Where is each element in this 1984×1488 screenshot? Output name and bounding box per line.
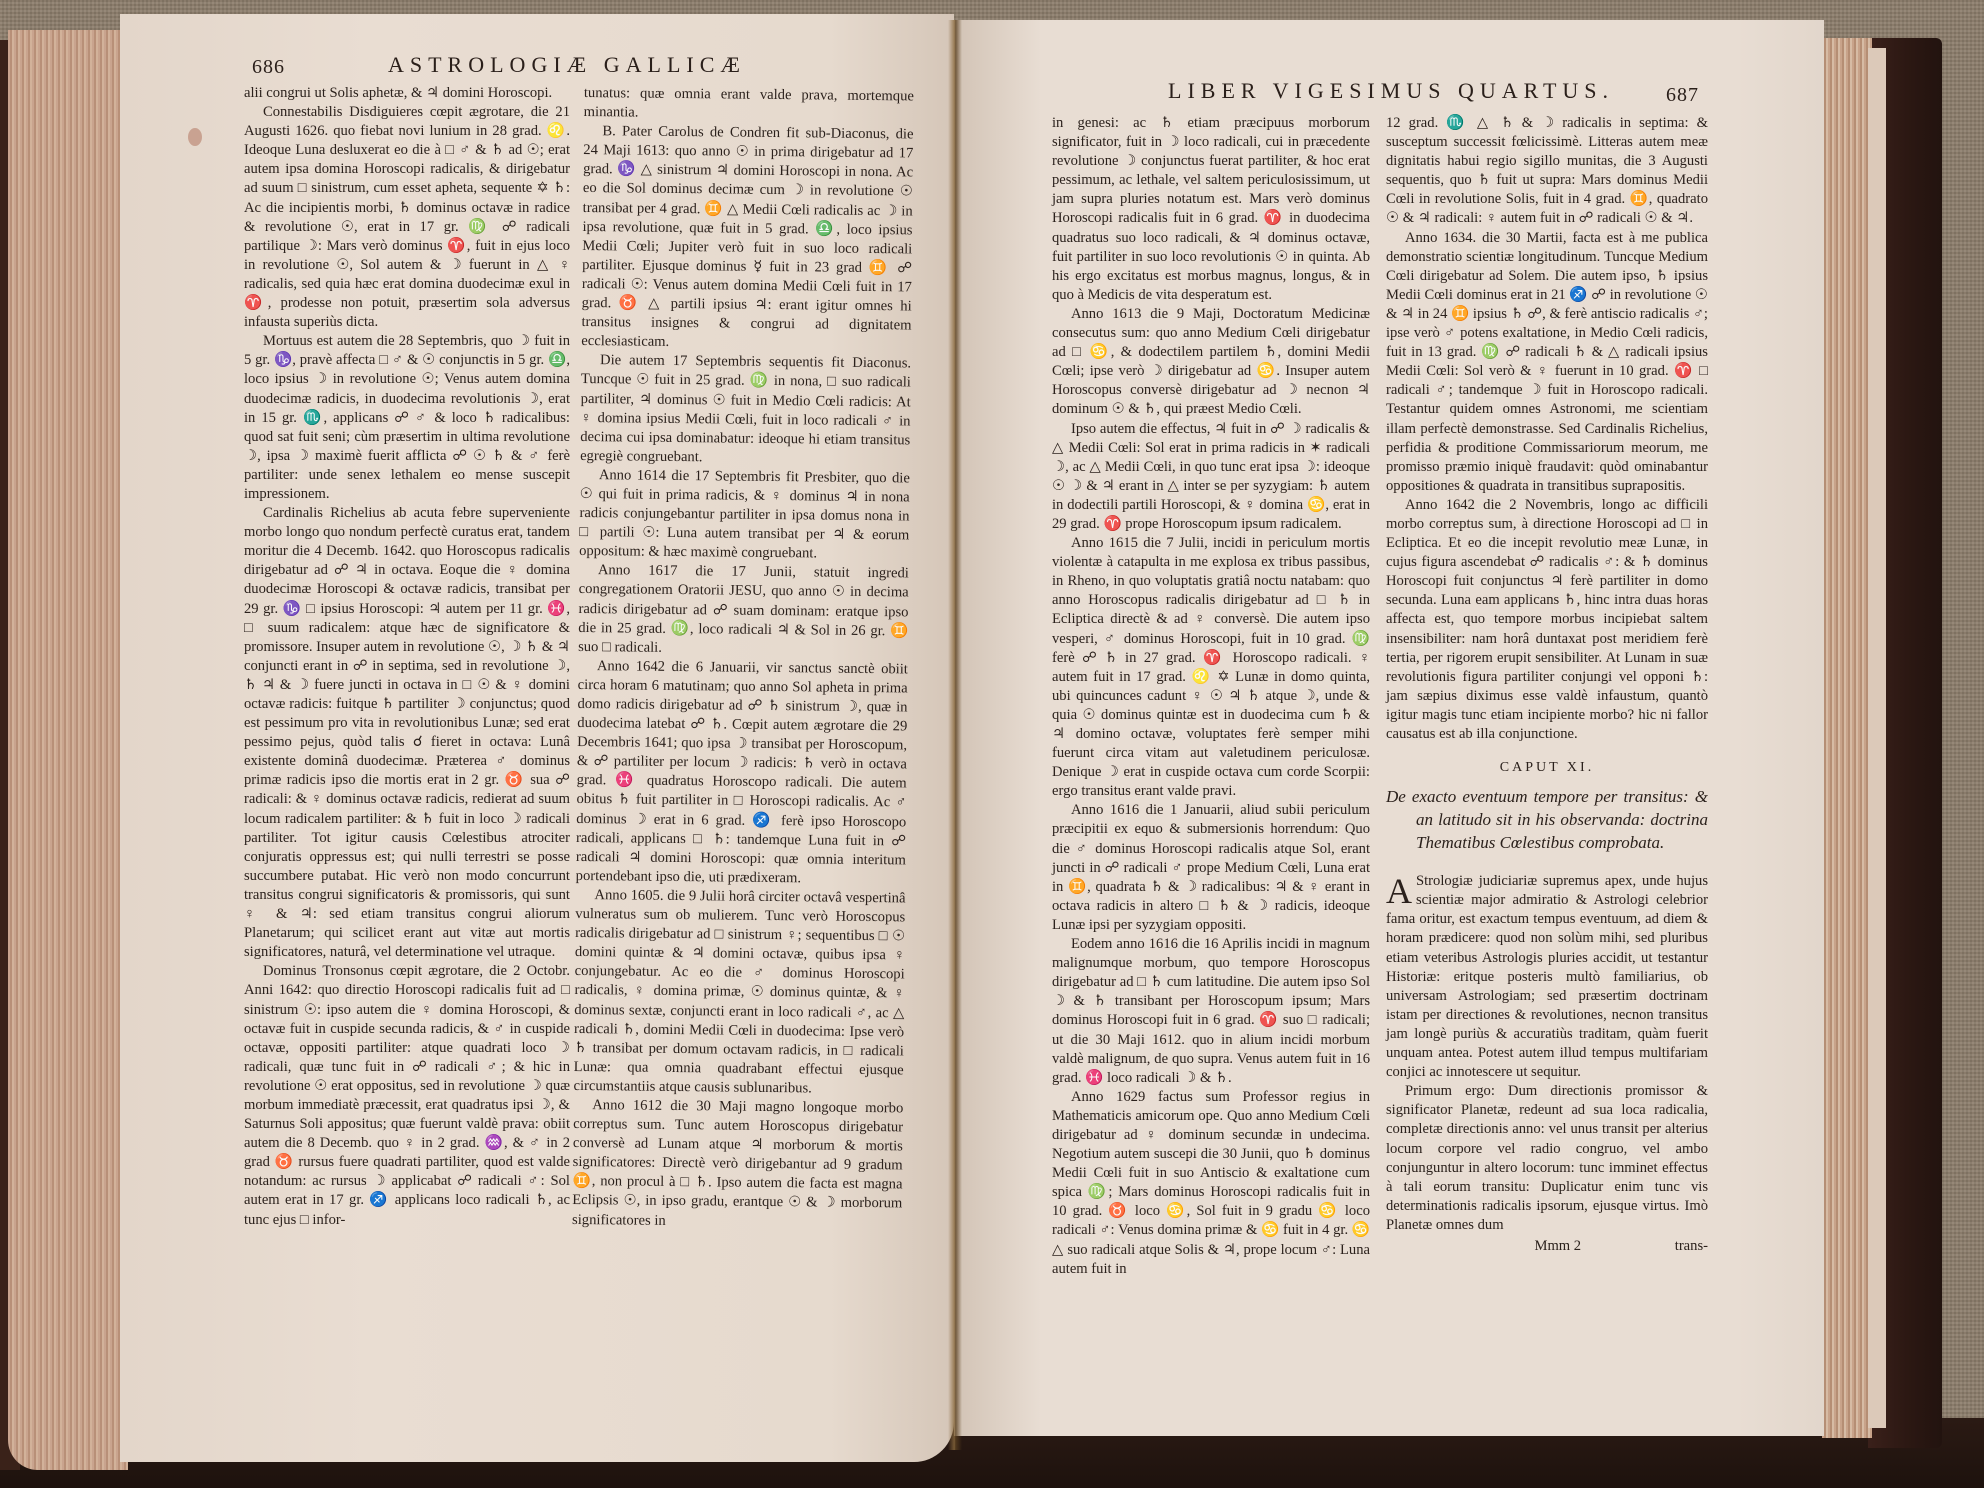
paragraph: B. Pater Carolus de Condren fit sub-Diac… bbox=[581, 122, 913, 355]
paragraph: Eodem anno 1616 die 16 Aprilis incidi in… bbox=[1052, 935, 1370, 1088]
drop-cap: A bbox=[1386, 876, 1412, 906]
paragraph: Primum ergo: Dum directionis promissor &… bbox=[1386, 1082, 1708, 1235]
paragraph: Anno 1616 die 1 Januarii, aliud subii pe… bbox=[1052, 801, 1370, 935]
paragraph: Anno 1629 factus sum Professor regius in… bbox=[1052, 1088, 1370, 1279]
page-stack-right bbox=[1822, 38, 1872, 1438]
paragraph: Cardinalis Richelius ab acuta febre supe… bbox=[244, 504, 570, 962]
paragraph-text: Strologiæ judiciariæ supremus apex, unde… bbox=[1386, 873, 1708, 1080]
left-running-head: ASTROLOGIÆ GALLICÆ bbox=[388, 52, 746, 78]
page-footer: Mmm 2 trans- bbox=[1386, 1237, 1708, 1256]
endpaper-right bbox=[1868, 48, 1886, 1428]
catchword: trans- bbox=[1675, 1238, 1708, 1254]
paragraph: alii congrui ut Solis aphetæ, & ♃ domini… bbox=[244, 84, 570, 103]
paragraph: Connestabilis Disdiguieres cœpit ægrotar… bbox=[244, 103, 570, 332]
chapter-opening-paragraph: AStrologiæ judiciariæ supremus apex, und… bbox=[1386, 872, 1708, 1082]
paragraph: Die autem 17 Septembris sequentis fit Di… bbox=[580, 351, 911, 469]
left-page-column-1: alii congrui ut Solis aphetæ, & ♃ domini… bbox=[244, 84, 570, 1230]
paragraph: Anno 1642 die 6 Januarii, vir sanctus sa… bbox=[576, 657, 908, 890]
paragraph: Anno 1617 die 17 Junii, statuit ingredi … bbox=[578, 561, 909, 660]
signature-mark: Mmm 2 bbox=[1534, 1238, 1581, 1254]
chapter-number: CAPUT XI. bbox=[1386, 758, 1708, 777]
paragraph: Anno 1615 die 7 Julii, incidi in pericul… bbox=[1052, 534, 1370, 801]
left-page-column-2: tunatus: quæ omnia erant valde prava, mo… bbox=[572, 84, 914, 1233]
paragraph: Anno 1634. die 30 Martii, facta est à me… bbox=[1386, 229, 1708, 496]
book-gutter bbox=[948, 20, 962, 1450]
paragraph: tunatus: quæ omnia erant valde prava, mo… bbox=[584, 84, 914, 126]
page-stack-left bbox=[8, 30, 128, 1470]
paragraph: Anno 1614 die 17 Septembris fit Presbite… bbox=[579, 466, 910, 565]
paragraph: Dominus Tronsonus cœpit ægrotare, die 2 … bbox=[244, 962, 570, 1229]
paragraph: Anno 1613 die 9 Maji, Doctoratum Medicin… bbox=[1052, 305, 1370, 420]
paragraph: Anno 1612 die 30 Maji magno longoque mor… bbox=[572, 1096, 903, 1233]
paragraph: Ipso autem die effectus, ♃ fuit in ☍ ☽ r… bbox=[1052, 420, 1370, 535]
paper-stain bbox=[188, 128, 202, 146]
right-page-column-1: in genesi: ac ♄ etiam præcipuus morborum… bbox=[1052, 114, 1370, 1279]
paragraph: in genesi: ac ♄ etiam præcipuus morborum… bbox=[1052, 114, 1370, 305]
chapter-title: De exacto eventuum tempore per transitus… bbox=[1386, 785, 1708, 854]
right-page-number: 687 bbox=[1666, 84, 1699, 107]
paragraph: Anno 1605. die 9 Julii horâ circiter oct… bbox=[573, 886, 905, 1099]
right-running-head: LIBER VIGESIMUS QUARTUS. bbox=[1168, 78, 1614, 104]
paragraph: Anno 1642 die 2 Novembris, longo ac diff… bbox=[1386, 496, 1708, 744]
left-page-number: 686 bbox=[252, 56, 285, 79]
paragraph: Mortuus est autem die 28 Septembris, quo… bbox=[244, 332, 570, 504]
right-page-column-2: 12 grad. ♏ △ ♄ & ☽ radicalis in septima:… bbox=[1386, 114, 1708, 1256]
paragraph: 12 grad. ♏ △ ♄ & ☽ radicalis in septima:… bbox=[1386, 114, 1708, 229]
